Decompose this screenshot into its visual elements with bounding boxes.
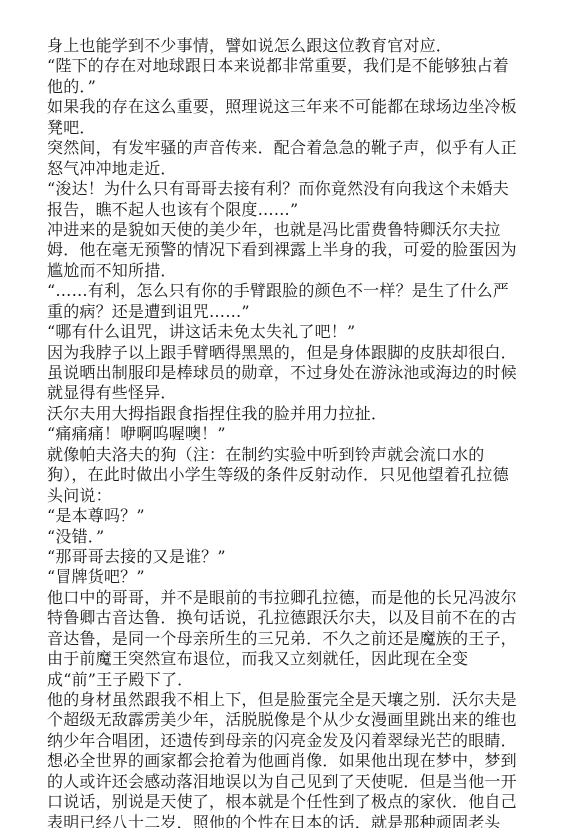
text-line: 沃尔夫用大拇指跟食指捏住我的脸并用力拉扯． [47, 404, 527, 424]
text-line: “痛痛痛！咿啊呜喔噢！” [47, 424, 527, 444]
text-line: 想必全世界的画家都会抢着为他画肖像．如果他出现在梦中，梦到 [47, 751, 527, 771]
document-page: 身上也能学到不少事情，譬如说怎么跟这位教育官对应． “陛下的存在对地球跟日本来说… [47, 36, 527, 828]
text-line: “那哥哥去接的又是谁？” [47, 547, 527, 567]
text-line: 个超级无敌霹雳美少年，活脱脱像是个从少女漫画里跳出来的维也 [47, 710, 527, 730]
text-line: “冒牌货吧？” [47, 567, 527, 587]
text-line: 如果我的存在这么重要，照理说这三年来不可能都在球场边坐冷板 [47, 97, 527, 117]
text-line: 冲进来的是貌如天使的美少年，也就是冯比雷费鲁特卿沃尔夫拉 [47, 220, 527, 240]
text-line: 他口中的哥哥，并不是眼前的韦拉卿孔拉德，而是他的长兄冯波尔 [47, 588, 527, 608]
text-line: “……有利，怎么只有你的手臂跟脸的颜色不一样？是生了什么严 [47, 281, 527, 301]
text-line: 音达鲁，是同一个母亲所生的三兄弟．不久之前还是魔族的王子， [47, 629, 527, 649]
text-line: 表明已经八十二岁，照他的个性在日本的话，就是那种顽固老头 [47, 813, 527, 828]
text-line: 纳少年合唱团，还遗传到母亲的闪亮金发及闪着翠绿光芒的眼睛． [47, 731, 527, 751]
text-line: 就显得有些怪异． [47, 383, 527, 403]
text-line: 凳吧． [47, 118, 527, 138]
text-line: 虽说晒出制服印是棒球员的勋章，不过身处在游泳池或海边的时候 [47, 363, 527, 383]
text-line: 的人或许还会感动落泪地误以为自己见到了天使呢．但是当他一开 [47, 772, 527, 792]
text-line: 因为我脖子以上跟手臂晒得黑黑的，但是身体跟脚的皮肤却很白． [47, 343, 527, 363]
text-line: “哪有什么诅咒，讲这话未免太失礼了吧！” [47, 322, 527, 342]
text-line: 头问说： [47, 486, 527, 506]
text-line: 姆．他在毫无预警的情况下看到裸露上半身的我，可爱的脸蛋因为 [47, 240, 527, 260]
text-line: 报告，瞧不起人也该有个限度……” [47, 200, 527, 220]
text-line: “是本尊吗？” [47, 506, 527, 526]
text-line: “浚达！为什么只有哥哥去接有利？而你竟然没有向我这个未婚夫 [47, 179, 527, 199]
text-line: 突然间，有发牢骚的声音传来．配合着急急的靴子声，似乎有人正 [47, 138, 527, 158]
text-line: 重的病？还是遭到诅咒……” [47, 302, 527, 322]
text-line: 他的身材虽然跟我不相上下，但是脸蛋完全是天壤之别．沃尔夫是 [47, 690, 527, 710]
text-line: 由于前魔王突然宣布退位，而我又立刻就任，因此现在全变 [47, 649, 527, 669]
text-line: 尴尬而不知所措． [47, 261, 527, 281]
text-line: 成“前”王子殿下了． [47, 670, 527, 690]
text-line: 狗），在此时做出小学生等级的条件反射动作．只见他望着孔拉德 [47, 465, 527, 485]
text-line: 他的．” [47, 77, 527, 97]
text-line: 身上也能学到不少事情，譬如说怎么跟这位教育官对应． [47, 36, 527, 56]
text-line: “没错．” [47, 527, 527, 547]
text-line: “陛下的存在对地球跟日本来说都非常重要，我们是不能够独占着 [47, 56, 527, 76]
text-line: 就像帕夫洛夫的狗（注：在制约实验中听到铃声就会流口水的 [47, 445, 527, 465]
text-line: 特鲁卿古音达鲁．换句话说，孔拉德跟沃尔夫，以及目前不在的古 [47, 608, 527, 628]
text-line: 口说话，别说是天使了，根本就是个任性到了极点的家伙．他自己 [47, 792, 527, 812]
text-line: 怒气冲冲地走近． [47, 159, 527, 179]
